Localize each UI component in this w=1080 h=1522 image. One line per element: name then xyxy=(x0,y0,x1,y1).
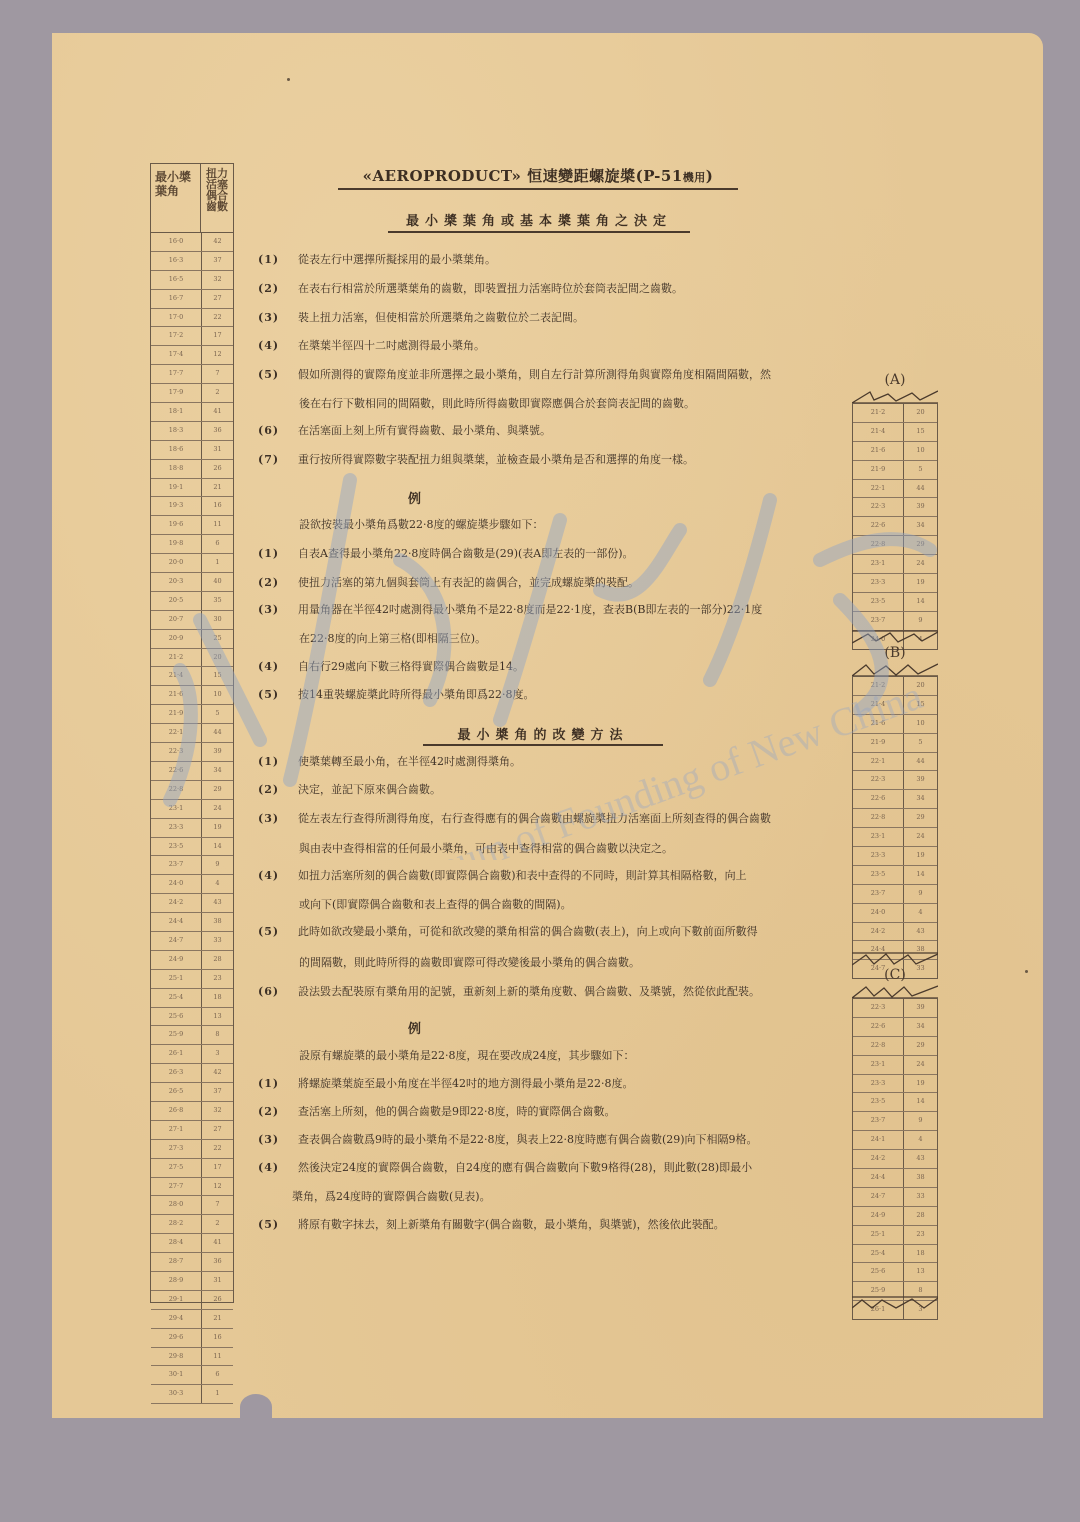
step-number: (5) xyxy=(258,1218,298,1232)
table-row: 27·127 xyxy=(151,1121,233,1140)
teeth-count-cell: 27 xyxy=(202,1121,233,1139)
blade-angle-cell: 23·3 xyxy=(853,574,904,592)
blade-angle-cell: 22·3 xyxy=(853,498,904,516)
table-row: 22·829 xyxy=(853,809,937,828)
table-b-break-bottom xyxy=(852,952,938,966)
blade-angle-cell: 16·5 xyxy=(151,271,202,289)
table-row: 24·928 xyxy=(151,951,233,970)
table-row: 19·611 xyxy=(151,516,233,535)
teeth-count-cell: 9 xyxy=(904,885,937,903)
blade-angle-cell: 23·3 xyxy=(151,819,202,837)
table-row: 21·95 xyxy=(151,705,233,724)
table-row: 17·412 xyxy=(151,346,233,365)
teeth-count-cell: 14 xyxy=(202,838,233,856)
teeth-count-cell: 4 xyxy=(904,1131,937,1149)
blade-angle-cell: 22·8 xyxy=(853,536,904,554)
blade-angle-cell: 22·8 xyxy=(853,1037,904,1055)
step-text: 在活塞面上刻上所有實得齒數、最小槳角、與槳號。 xyxy=(298,424,551,437)
table-row: 17·92 xyxy=(151,384,233,403)
table-row: 17·77 xyxy=(151,365,233,384)
table-row: 21·415 xyxy=(853,423,937,442)
teeth-count-cell: 28 xyxy=(904,1207,937,1225)
blade-angle-cell: 23·5 xyxy=(853,866,904,884)
blade-angle-cell: 23·7 xyxy=(853,612,904,630)
header-coupling-teeth: 扭力活塞偶合齒數 xyxy=(201,164,233,232)
teeth-count-cell: 39 xyxy=(904,999,937,1017)
table-row: 21·610 xyxy=(853,442,937,461)
blade-angle-cell: 23·5 xyxy=(853,593,904,611)
step-text: 將螺旋槳葉旋至最小角度在半徑42吋的地方測得最小槳角是22·8度。 xyxy=(298,1077,634,1090)
table-row: 18·826 xyxy=(151,460,233,479)
table-row: 23·124 xyxy=(853,828,937,847)
paper-tear xyxy=(240,1394,272,1420)
table-row: 20·01 xyxy=(151,554,233,573)
teeth-count-cell: 25 xyxy=(202,630,233,648)
blade-angle-cell: 27·7 xyxy=(151,1178,202,1196)
table-row: 24·438 xyxy=(151,913,233,932)
blade-angle-cell: 17·0 xyxy=(151,309,202,327)
table-row: 17·022 xyxy=(151,309,233,328)
teeth-count-cell: 7 xyxy=(202,1196,233,1214)
title-suffix-close: ) xyxy=(706,167,714,185)
example2-intro: 設原有螺旋槳的最小槳角是22·8度，現在要改成24度，其步驟如下： xyxy=(299,1049,635,1063)
table-row: 16·727 xyxy=(151,290,233,309)
section2-step: (2)決定，並記下原來偶合齒數。 xyxy=(258,783,838,797)
section1-step: (3)裝上扭力活塞，但使相當於所選槳角之齒數位於二表記間。 xyxy=(258,311,838,325)
teeth-count-cell: 32 xyxy=(202,1102,233,1120)
title-main: 恒速變距螺旋槳 xyxy=(527,167,636,185)
header-min-blade-angle: 最小槳葉角 xyxy=(151,164,201,232)
teeth-count-cell: 43 xyxy=(202,894,233,912)
teeth-count-cell: 12 xyxy=(202,1178,233,1196)
teeth-count-cell: 22 xyxy=(202,309,233,327)
blade-angle-cell: 23·5 xyxy=(151,838,202,856)
step-number: (1) xyxy=(258,755,298,769)
step-number: (5) xyxy=(258,925,298,939)
table-row: 26·832 xyxy=(151,1102,233,1121)
blade-angle-cell: 24·9 xyxy=(151,951,202,969)
table-row: 27·712 xyxy=(151,1178,233,1197)
blade-angle-cell: 19·3 xyxy=(151,497,202,515)
teeth-count-cell: 39 xyxy=(202,743,233,761)
step-number: (4) xyxy=(258,339,298,353)
teeth-count-cell: 36 xyxy=(202,1253,233,1271)
section1-step: (6)在活塞面上刻上所有實得齒數、最小槳角、與槳號。 xyxy=(258,424,838,438)
table-row: 21·95 xyxy=(853,461,937,480)
table-row: 22·339 xyxy=(151,743,233,762)
teeth-count-cell: 40 xyxy=(202,573,233,591)
teeth-count-cell: 32 xyxy=(202,271,233,289)
table-row: 23·79 xyxy=(853,1112,937,1131)
blade-angle-cell: 20·9 xyxy=(151,630,202,648)
teeth-count-cell: 35 xyxy=(202,592,233,610)
left-table-header: 最小槳葉角 扭力活塞偶合齒數 xyxy=(151,164,233,233)
paper-speck xyxy=(287,78,290,81)
table-a-break-top xyxy=(852,390,938,404)
teeth-count-cell: 34 xyxy=(904,1018,937,1036)
section1-step: (7)重行按所得實際數字裝配扭力組與槳葉，並檢查最小槳角是否和選擇的角度一樣。 xyxy=(258,453,838,467)
table-row: 21·415 xyxy=(151,667,233,686)
teeth-count-cell: 29 xyxy=(904,1037,937,1055)
table-c-break-bottom xyxy=(852,1296,938,1310)
blade-angle-cell: 25·1 xyxy=(151,970,202,988)
example2-step: (2)查活塞上所刻，他的偶合齒數是9即22·8度，時的實際偶合齒數。 xyxy=(258,1105,838,1119)
step-text: 在槳葉半徑四十二吋處測得最小槳角。 xyxy=(298,339,485,352)
teeth-count-cell: 23 xyxy=(904,1226,937,1244)
blade-angle-cell: 29·6 xyxy=(151,1329,202,1347)
teeth-count-cell: 2 xyxy=(202,384,233,402)
step-number: (2) xyxy=(258,1105,298,1119)
table-b-label: (B) xyxy=(880,645,910,661)
table-row: 28·736 xyxy=(151,1253,233,1272)
teeth-count-cell: 16 xyxy=(202,497,233,515)
teeth-count-cell: 20 xyxy=(904,677,937,695)
step-text: 查活塞上所刻，他的偶合齒數是9即22·8度，時的實際偶合齒數。 xyxy=(298,1105,616,1118)
blade-angle-cell: 22·3 xyxy=(151,743,202,761)
blade-angle-cell: 23·1 xyxy=(853,555,904,573)
step-number: (5) xyxy=(258,688,298,702)
blade-angle-cell: 21·4 xyxy=(151,667,202,685)
teeth-count-cell: 31 xyxy=(202,1272,233,1290)
paper-speck xyxy=(1025,970,1028,973)
teeth-count-cell: 44 xyxy=(904,753,937,771)
title-suffix-small: 機用 xyxy=(683,171,706,184)
blade-angle-cell: 24·4 xyxy=(151,913,202,931)
teeth-count-cell: 19 xyxy=(904,847,937,865)
table-row: 22·634 xyxy=(151,762,233,781)
blade-angle-cell: 17·9 xyxy=(151,384,202,402)
teeth-count-cell: 15 xyxy=(202,667,233,685)
teeth-count-cell: 16 xyxy=(202,1329,233,1347)
blade-angle-cell: 29·8 xyxy=(151,1348,202,1366)
table-row: 28·441 xyxy=(151,1234,233,1253)
table-a-label: (A) xyxy=(880,372,910,388)
teeth-count-cell: 26 xyxy=(202,1291,233,1309)
table-row: 23·124 xyxy=(853,555,937,574)
table-row: 22·634 xyxy=(853,517,937,536)
teeth-count-cell: 3 xyxy=(202,1045,233,1063)
step-text: 然後決定24度的實際偶合齒數，自24度的應有偶合齒數向下數9格得(28)，則此數… xyxy=(298,1161,752,1174)
blade-angle-cell: 22·6 xyxy=(853,790,904,808)
teeth-count-cell: 34 xyxy=(904,517,937,535)
table-row: 21·220 xyxy=(853,677,937,696)
blade-angle-cell: 21·6 xyxy=(853,715,904,733)
blade-angle-cell: 24·9 xyxy=(853,1207,904,1225)
blade-angle-cell: 20·3 xyxy=(151,573,202,591)
blade-angle-cell: 20·0 xyxy=(151,554,202,572)
table-row: 23·514 xyxy=(151,838,233,857)
section2-step: (4)如扭力活塞所刻的偶合齒數(即實際偶合齒數)和表中查得的不同時，則計算其相隔… xyxy=(258,869,838,883)
table-row: 25·98 xyxy=(151,1026,233,1045)
blade-angle-cell: 29·1 xyxy=(151,1291,202,1309)
table-row: 17·217 xyxy=(151,327,233,346)
example1-step: (1)自表A查得最小槳角22·8度時偶合齒數是(29)(表A即左表的一部份)。 xyxy=(258,547,838,561)
blade-angle-cell: 26·8 xyxy=(151,1102,202,1120)
table-row: 18·631 xyxy=(151,441,233,460)
blade-angle-cell: 23·1 xyxy=(151,800,202,818)
table-row: 23·514 xyxy=(853,1093,937,1112)
blade-angle-cell: 23·7 xyxy=(151,856,202,874)
blade-angle-cell: 21·4 xyxy=(853,696,904,714)
teeth-count-cell: 15 xyxy=(904,696,937,714)
teeth-count-cell: 10 xyxy=(904,442,937,460)
table-row: 21·220 xyxy=(853,404,937,423)
blade-angle-cell: 28·7 xyxy=(151,1253,202,1271)
table-row: 23·319 xyxy=(853,1075,937,1094)
table-row: 19·121 xyxy=(151,479,233,498)
teeth-count-cell: 1 xyxy=(202,554,233,572)
step-text: 使槳葉轉至最小角，在半徑42吋處測得槳角。 xyxy=(298,755,521,768)
blade-angle-cell: 30·3 xyxy=(151,1385,202,1403)
table-row: 20·730 xyxy=(151,611,233,630)
blade-angle-cell: 26·5 xyxy=(151,1083,202,1101)
table-row: 21·610 xyxy=(151,686,233,705)
step-continuation: 的間隔數，則此時所得的齒數即實際可得改變後最小槳角的偶合齒數。 xyxy=(299,956,839,970)
blade-angle-cell: 22·6 xyxy=(853,517,904,535)
example1-step: (4)自右行29處向下數三格得實際偶合齒數是14。 xyxy=(258,660,838,674)
table-row: 16·337 xyxy=(151,252,233,271)
table-row: 24·928 xyxy=(853,1207,937,1226)
blade-angle-cell: 21·2 xyxy=(853,404,904,422)
table-row: 16·532 xyxy=(151,271,233,290)
table-b-break-top xyxy=(852,663,938,677)
teeth-count-cell: 22 xyxy=(202,1140,233,1158)
teeth-count-cell: 10 xyxy=(202,686,233,704)
blade-angle-cell: 22·3 xyxy=(853,771,904,789)
teeth-count-cell: 6 xyxy=(202,535,233,553)
step-number: (3) xyxy=(258,812,298,826)
teeth-count-cell: 33 xyxy=(202,932,233,950)
teeth-count-cell: 5 xyxy=(904,461,937,479)
table-row: 23·79 xyxy=(853,612,937,631)
step-number: (3) xyxy=(258,1133,298,1147)
step-text: 決定，並記下原來偶合齒數。 xyxy=(298,783,441,796)
table-row: 24·14 xyxy=(853,1131,937,1150)
teeth-count-cell: 24 xyxy=(904,555,937,573)
example1-step: (5)按14重裝螺旋槳此時所得最小槳角即爲22·8度。 xyxy=(258,688,838,702)
teeth-count-cell: 43 xyxy=(904,923,937,941)
teeth-count-cell: 37 xyxy=(202,1083,233,1101)
step-text: 按14重裝螺旋槳此時所得最小槳角即爲22·8度。 xyxy=(298,688,535,701)
example1-intro: 設欲按裝最小槳角爲數22·8度的螺旋槳步驟如下： xyxy=(299,518,544,532)
blade-angle-cell: 18·1 xyxy=(151,403,202,421)
step-number: (7) xyxy=(258,453,298,467)
teeth-count-cell: 24 xyxy=(904,1056,937,1074)
teeth-count-cell: 14 xyxy=(904,1093,937,1111)
teeth-count-cell: 31 xyxy=(202,441,233,459)
table-row: 27·322 xyxy=(151,1140,233,1159)
teeth-count-cell: 10 xyxy=(904,715,937,733)
step-text: 使扭力活塞的第九個與套筒上有表記的齒偶合，並完成螺旋槳的裝配。 xyxy=(298,576,639,589)
step-continuation: 在22·8度的向上第三格(即相隔三位)。 xyxy=(299,632,839,646)
step-text: 裝上扭力活塞，但使相當於所選槳角之齒數位於二表記間。 xyxy=(298,311,584,324)
blade-angle-cell: 17·4 xyxy=(151,346,202,364)
table-row: 26·13 xyxy=(151,1045,233,1064)
step-number: (1) xyxy=(258,547,298,561)
teeth-count-cell: 1 xyxy=(202,1385,233,1403)
table-row: 23·514 xyxy=(853,866,937,885)
blade-angle-cell: 24·0 xyxy=(151,875,202,893)
table-row: 23·79 xyxy=(151,856,233,875)
teeth-count-cell: 13 xyxy=(202,1008,233,1026)
blade-angle-cell: 22·6 xyxy=(853,1018,904,1036)
teeth-count-cell: 24 xyxy=(202,800,233,818)
blade-angle-cell: 25·6 xyxy=(853,1263,904,1281)
table-row: 24·733 xyxy=(853,1188,937,1207)
blade-angle-cell: 30·1 xyxy=(151,1366,202,1384)
blade-angle-cell: 23·3 xyxy=(853,847,904,865)
example1-step: (2)使扭力活塞的第九個與套筒上有表記的齒偶合，並完成螺旋槳的裝配。 xyxy=(258,576,838,590)
step-text: 從左表左行查得所測得角度，右行查得應有的偶合齒數由螺旋槳扭力活塞面上所刻查得的偶… xyxy=(298,812,771,825)
teeth-count-cell: 14 xyxy=(904,866,937,884)
blade-angle-cell: 25·9 xyxy=(151,1026,202,1044)
table-row: 27·517 xyxy=(151,1159,233,1178)
table-c: 22·33922·63422·82923·12423·31923·51423·7… xyxy=(852,998,938,1320)
example2-label: 例 xyxy=(408,1018,421,1037)
blade-angle-cell: 18·8 xyxy=(151,460,202,478)
table-row: 24·243 xyxy=(151,894,233,913)
table-row: 24·438 xyxy=(853,1169,937,1188)
section2-step: (1)使槳葉轉至最小角，在半徑42吋處測得槳角。 xyxy=(258,755,838,769)
blade-angle-cell: 22·1 xyxy=(853,753,904,771)
blade-angle-cell: 23·7 xyxy=(853,885,904,903)
teeth-count-cell: 12 xyxy=(202,346,233,364)
teeth-count-cell: 7 xyxy=(202,365,233,383)
table-row: 29·421 xyxy=(151,1310,233,1329)
table-row: 21·610 xyxy=(853,715,937,734)
blade-angle-cell: 21·9 xyxy=(853,734,904,752)
left-angle-table: 最小槳葉角 扭力活塞偶合齒數 16·04216·33716·53216·7271… xyxy=(150,163,234,1303)
blade-angle-cell: 22·3 xyxy=(853,999,904,1017)
teeth-count-cell: 19 xyxy=(904,1075,937,1093)
table-row: 24·04 xyxy=(151,875,233,894)
teeth-count-cell: 26 xyxy=(202,460,233,478)
teeth-count-cell: 5 xyxy=(202,705,233,723)
blade-angle-cell: 23·3 xyxy=(853,1075,904,1093)
teeth-count-cell: 5 xyxy=(904,734,937,752)
teeth-count-cell: 42 xyxy=(202,233,233,251)
teeth-count-cell: 34 xyxy=(904,790,937,808)
step-number: (4) xyxy=(258,660,298,674)
teeth-count-cell: 34 xyxy=(202,762,233,780)
table-row: 25·613 xyxy=(151,1008,233,1027)
table-row: 26·537 xyxy=(151,1083,233,1102)
table-row: 21·415 xyxy=(853,696,937,715)
step-number: (2) xyxy=(258,282,298,296)
teeth-count-cell: 4 xyxy=(904,904,937,922)
teeth-count-cell: 21 xyxy=(202,479,233,497)
section2-step: (6)設法毀去配裝原有槳角用的記號，重新刻上新的槳角度數、偶合齒數、及槳號，然從… xyxy=(258,985,838,999)
step-number: (2) xyxy=(258,783,298,797)
table-row: 29·126 xyxy=(151,1291,233,1310)
step-text: 將原有數字抹去，刻上新槳角有關數字(偶合齒數，最小槳角，與槳號)，然後依此裝配。 xyxy=(298,1218,725,1231)
table-row: 20·925 xyxy=(151,630,233,649)
blade-angle-cell: 24·4 xyxy=(853,1169,904,1187)
teeth-count-cell: 20 xyxy=(904,404,937,422)
blade-angle-cell: 29·4 xyxy=(151,1310,202,1328)
section1-step: (2)在表右行相當於所選槳葉角的齒數，即裝置扭力活塞時位於套筒表記間之齒數。 xyxy=(258,282,838,296)
teeth-count-cell: 13 xyxy=(904,1263,937,1281)
step-text: 重行按所得實際數字裝配扭力組與槳葉，並檢查最小槳角是否和選擇的角度一樣。 xyxy=(298,453,694,466)
table-row: 18·336 xyxy=(151,422,233,441)
step-continuation: 或向下(即實際偶合齒數和表上查得的偶合齒數的間隔)。 xyxy=(299,898,839,912)
teeth-count-cell: 15 xyxy=(904,423,937,441)
step-number: (6) xyxy=(258,424,298,438)
table-row: 22·634 xyxy=(853,790,937,809)
section2-heading: 最小槳角的改變方法 xyxy=(423,724,663,746)
table-row: 20·535 xyxy=(151,592,233,611)
teeth-count-cell: 39 xyxy=(904,498,937,516)
example2-step: (5)將原有數字抹去，刻上新槳角有關數字(偶合齒數，最小槳角，與槳號)，然後依此… xyxy=(258,1218,838,1232)
blade-angle-cell: 27·3 xyxy=(151,1140,202,1158)
teeth-count-cell: 21 xyxy=(202,1310,233,1328)
teeth-count-cell: 18 xyxy=(904,1245,937,1263)
step-number: (3) xyxy=(258,603,298,617)
step-text: 自表A查得最小槳角22·8度時偶合齒數是(29)(表A即左表的一部份)。 xyxy=(298,547,634,560)
blade-angle-cell: 24·7 xyxy=(151,932,202,950)
teeth-count-cell: 39 xyxy=(904,771,937,789)
step-number: (2) xyxy=(258,576,298,590)
blade-angle-cell: 27·1 xyxy=(151,1121,202,1139)
teeth-count-cell: 18 xyxy=(202,989,233,1007)
teeth-count-cell: 28 xyxy=(202,951,233,969)
blade-angle-cell: 16·0 xyxy=(151,233,202,251)
table-row: 20·340 xyxy=(151,573,233,592)
blade-angle-cell: 25·4 xyxy=(151,989,202,1007)
blade-angle-cell: 25·6 xyxy=(151,1008,202,1026)
teeth-count-cell: 9 xyxy=(904,1112,937,1130)
teeth-count-cell: 9 xyxy=(904,612,937,630)
table-row: 21·220 xyxy=(151,649,233,668)
example2-step: (3)查表偶合齒數爲9時的最小槳角不是22·8度，與表上22·8度時應有偶合齒數… xyxy=(258,1133,838,1147)
step-continuation: 與由表中查得相當的任何最小槳角，可由表中查得相當的偶合齒數以決定之。 xyxy=(299,842,839,856)
teeth-count-cell: 20 xyxy=(202,649,233,667)
table-row: 22·829 xyxy=(853,536,937,555)
blade-angle-cell: 22·8 xyxy=(151,781,202,799)
teeth-count-cell: 42 xyxy=(202,1064,233,1082)
blade-angle-cell: 23·7 xyxy=(853,1112,904,1130)
step-text: 假如所測得的實際角度並非所選擇之最小槳角，則自左行計算所測得角與實際角度相隔間隔… xyxy=(298,368,771,381)
teeth-count-cell: 29 xyxy=(904,809,937,827)
table-row: 19·86 xyxy=(151,535,233,554)
teeth-count-cell: 33 xyxy=(904,1188,937,1206)
teeth-count-cell: 27 xyxy=(202,290,233,308)
step-text: 查表偶合齒數爲9時的最小槳角不是22·8度，與表上22·8度時應有偶合齒數(29… xyxy=(298,1133,758,1146)
step-continuation: 槳角，爲24度時的實際偶合齒數(見表)。 xyxy=(292,1190,832,1204)
table-row: 22·829 xyxy=(151,781,233,800)
example2-step: (4)然後決定24度的實際偶合齒數，自24度的應有偶合齒數向下數9格得(28)，… xyxy=(258,1161,838,1175)
table-c-label: (C) xyxy=(880,967,910,983)
blade-angle-cell: 16·3 xyxy=(151,252,202,270)
teeth-count-cell: 41 xyxy=(202,403,233,421)
table-row: 19·316 xyxy=(151,497,233,516)
table-row: 22·829 xyxy=(853,1037,937,1056)
teeth-count-cell: 14 xyxy=(904,593,937,611)
table-row: 29·811 xyxy=(151,1348,233,1367)
step-number: (6) xyxy=(258,985,298,999)
step-number: (1) xyxy=(258,1077,298,1091)
table-row: 21·95 xyxy=(853,734,937,753)
teeth-count-cell: 24 xyxy=(904,828,937,846)
blade-angle-cell: 24·1 xyxy=(853,1131,904,1149)
step-continuation: 後在右行下數相同的間隔數，則此時所得齒數即實際應偶合於套筒表記間的齒數。 xyxy=(299,397,839,411)
teeth-count-cell: 2 xyxy=(202,1215,233,1233)
step-text: 設法毀去配裝原有槳角用的記號，重新刻上新的槳角度數、偶合齒數、及槳號，然從依此配… xyxy=(298,985,760,998)
table-row: 23·319 xyxy=(853,847,937,866)
blade-angle-cell: 24·2 xyxy=(853,1150,904,1168)
step-number: (3) xyxy=(258,311,298,325)
blade-angle-cell: 22·1 xyxy=(853,480,904,498)
